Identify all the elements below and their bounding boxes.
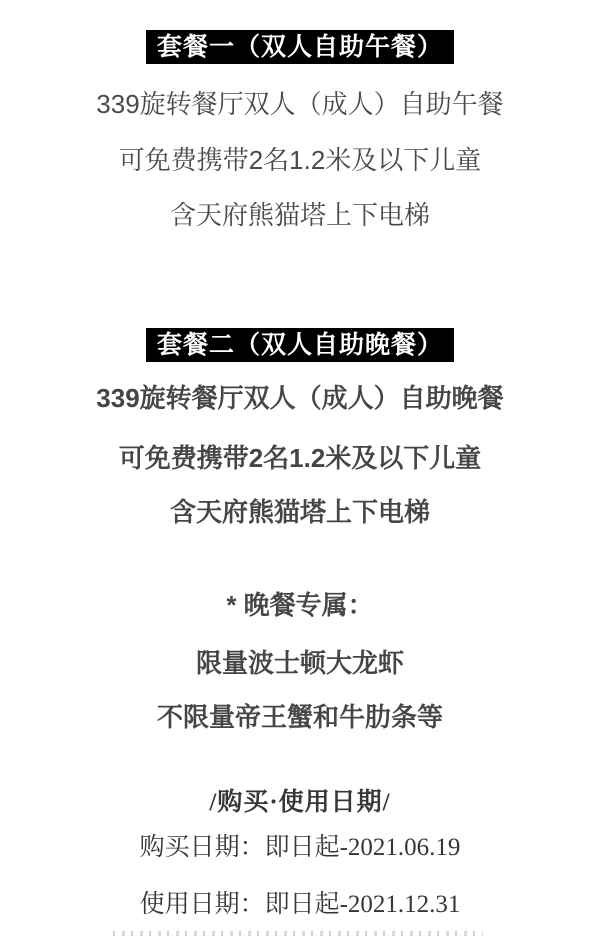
usage-date-line: 使用日期：即日起-2021.12.31 bbox=[0, 890, 600, 920]
package1-line-elevator: 含天府熊猫塔上下电梯 bbox=[0, 200, 600, 230]
cutoff-next-line bbox=[113, 931, 483, 936]
dates-section-title: /购买·使用日期/ bbox=[0, 788, 600, 818]
promo-poster: 套餐一（双人自助午餐） 339旋转餐厅双人（成人）自助午餐 可免费携带2名1.2… bbox=[0, 0, 600, 939]
dinner-note-lobster: 限量波士顿大龙虾 bbox=[0, 648, 600, 678]
package2-banner-row: 套餐二（双人自助晚餐） bbox=[0, 328, 600, 362]
package2-banner: 套餐二（双人自助晚餐） bbox=[146, 328, 454, 362]
package1-line-meal: 339旋转餐厅双人（成人）自助午餐 bbox=[0, 89, 600, 119]
package2-line-children: 可免费携带2名1.2米及以下儿童 bbox=[0, 443, 600, 473]
dinner-exclusive-title: * 晚餐专属： bbox=[0, 590, 600, 620]
package2-line-elevator: 含天府熊猫塔上下电梯 bbox=[0, 497, 600, 527]
package1-banner: 套餐一（双人自助午餐） bbox=[146, 30, 454, 64]
package2-line-meal: 339旋转餐厅双人（成人）自助晚餐 bbox=[0, 383, 600, 413]
package1-banner-row: 套餐一（双人自助午餐） bbox=[0, 30, 600, 64]
purchase-date-line: 购买日期：即日起-2021.06.19 bbox=[0, 833, 600, 863]
dinner-note-kingcrab: 不限量帝王蟹和牛肋条等 bbox=[0, 702, 600, 732]
package1-line-children: 可免费携带2名1.2米及以下儿童 bbox=[0, 145, 600, 175]
